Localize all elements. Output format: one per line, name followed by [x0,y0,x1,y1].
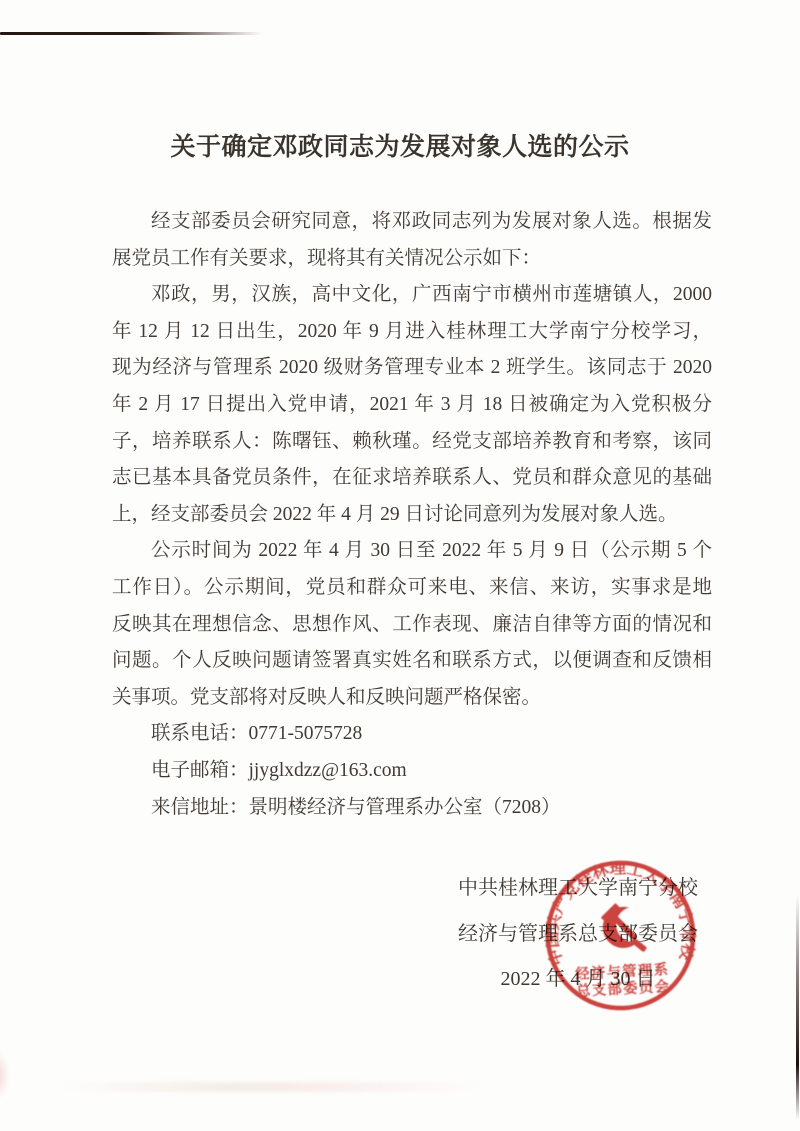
scan-artifact-corner-smudge [0,1050,10,1100]
body-line: 关事项。党支部将对反映人和反映问题严格保密。 [112,680,712,717]
document-body: 经支部委员会研究同意，将邓政同志列为发展对象人选。根据发 展党员工作有关要求，现… [112,204,712,826]
body-line: 子，培养联系人：陈曙钰、赖秋瑾。经党支部培养教育和考察，该同 [112,424,712,461]
contact-email-line: 电子邮箱：jjyglxdzz@163.com [112,753,712,790]
body-line: 反映其在理想信念、思想作风、工作表现、廉洁自律等方面的情况和 [112,607,712,644]
body-line: 志已基本具备党员条件，在征求培养联系人、党员和群众意见的基础 [112,460,712,497]
document-title: 关于确定邓政同志为发展对象人选的公示 [0,127,800,163]
body-line: 上，经支部委员会 2022 年 4 月 29 日讨论同意列为发展对象人选。 [112,497,712,534]
contact-phone-line: 联系电话：0771-5075728 [112,716,712,753]
contact-address-line: 来信地址：景明楼经济与管理系办公室（7208） [112,790,712,827]
body-line: 现为经济与管理系 2020 级财务管理专业本 2 班学生。该同志于 2020 [112,350,712,387]
body-line: 年 12 月 12 日出生，2020 年 9 月进入桂林理工大学南宁分校学习， [112,314,712,351]
hammer-sickle-icon [600,901,647,954]
body-line: 年 2 月 17 日提出入党申请，2021 年 3 月 18 日被确定为入党积极… [112,387,712,424]
body-line: 公示时间为 2022 年 4 月 30 日至 2022 年 5 月 9 日（公示… [112,533,712,570]
scan-artifact-bottom-smudge [60,1082,480,1092]
scanned-document-page: 关于确定邓政同志为发展对象人选的公示 经支部委员会研究同意，将邓政同志列为发展对… [0,0,800,1131]
scan-artifact-top-line [0,32,262,35]
official-seal-stamp: 中国共产党桂林理工大学南宁分校 经济与管理系 总支部委员会 [538,853,703,1018]
scan-artifact-right-edge [796,895,799,1120]
body-line: 经支部委员会研究同意，将邓政同志列为发展对象人选。根据发 [112,204,712,241]
body-line: 问题。个人反映问题请签署真实姓名和联系方式，以便调查和反馈相 [112,643,712,680]
body-line: 展党员工作有关要求，现将其有关情况公示如下： [112,241,712,278]
body-line: 工作日）。公示期间，党员和群众可来电、来信、来访，实事求是地 [112,570,712,607]
body-line: 邓政，男，汉族，高中文化，广西南宁市横州市莲塘镇人，2000 [112,277,712,314]
